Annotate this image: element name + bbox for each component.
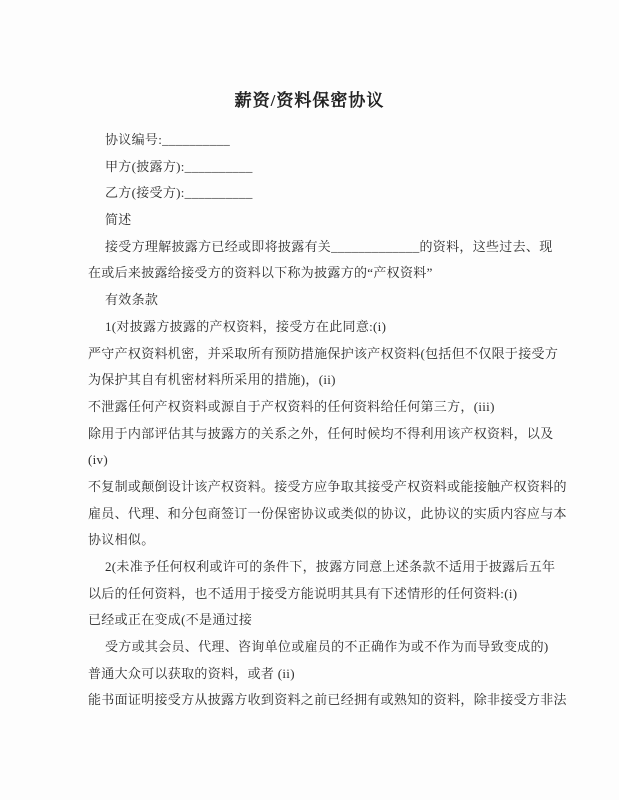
clause-1-line-6: (iv) xyxy=(88,447,548,474)
document-body: 协议编号:__________ 甲方(披露方):__________ 乙方(接受… xyxy=(88,127,548,714)
clause-1-line-2: 严守产权资料机密，并采取所有预防措施保护该产权资料(包括但不仅限于接受方 xyxy=(88,341,548,368)
document-page: 薪资/资料保密协议 协议编号:__________ 甲方(披露方):______… xyxy=(0,0,619,800)
clause-1-line-7: 不复制或颠倒设计该产权资料。接受方应争取其接受产权资料或能接触产权资料的 xyxy=(88,474,548,501)
clause-1-line-4: 不泄露任何产权资料或源自于产权资料的任何资料给任何第三方，(iii) xyxy=(88,394,548,421)
clause-1-line-9: 协议相似。 xyxy=(88,527,548,554)
clause-2-line-6: 能书面证明接受方从披露方收到资料之前已经拥有或熟知的资料，除非接受方非法 xyxy=(88,687,548,714)
clause-2-line-4: 受方或其会员、代理、咨询单位或雇员的不正确作为或不作为而导致变成的) xyxy=(88,634,548,661)
clause-1-line-5: 除用于内部评估其与披露方的关系之外，任何时候均不得利用该产权资料，以及 xyxy=(88,421,548,448)
clause-2-line-2: 以后的任何资料，也不适用于接受方能说明其具有下述情形的任何资料:(i) xyxy=(88,581,548,608)
clause-2-line-3: 已经或正在变成(不是通过接 xyxy=(88,607,548,634)
clause-2-line-1: 2(未准予任何权利或许可的条件下，披露方同意上述条款不适用于披露后五年 xyxy=(88,554,548,581)
field-party-a-discloser: 甲方(披露方):__________ xyxy=(88,154,548,181)
field-party-b-recipient: 乙方(接受方):__________ xyxy=(88,180,548,207)
section-heading-brief: 简述 xyxy=(88,207,548,234)
field-agreement-number: 协议编号:__________ xyxy=(88,127,548,154)
brief-paragraph-line-2: 在或后来披露给接受方的资料以下称为披露方的“产权资料” xyxy=(88,260,548,287)
section-heading-effective-terms: 有效条款 xyxy=(88,287,548,314)
clause-1-line-1: 1(对披露方披露的产权资料，接受方在此同意:(i) xyxy=(88,314,548,341)
clause-1-line-8: 雇员、代理、和分包商签订一份保密协议或类似的协议，此协议的实质内容应与本 xyxy=(88,501,548,528)
clause-1-line-3: 为保护其自有机密材料所采用的措施)，(ii) xyxy=(88,367,548,394)
document-title: 薪资/资料保密协议 xyxy=(0,86,619,111)
clause-2-line-5: 普通大众可以获取的资料，或者 (ii) xyxy=(88,661,548,688)
brief-paragraph-line-1: 接受方理解披露方已经或即将披露有关_____________的资料，这些过去、现 xyxy=(88,234,548,261)
